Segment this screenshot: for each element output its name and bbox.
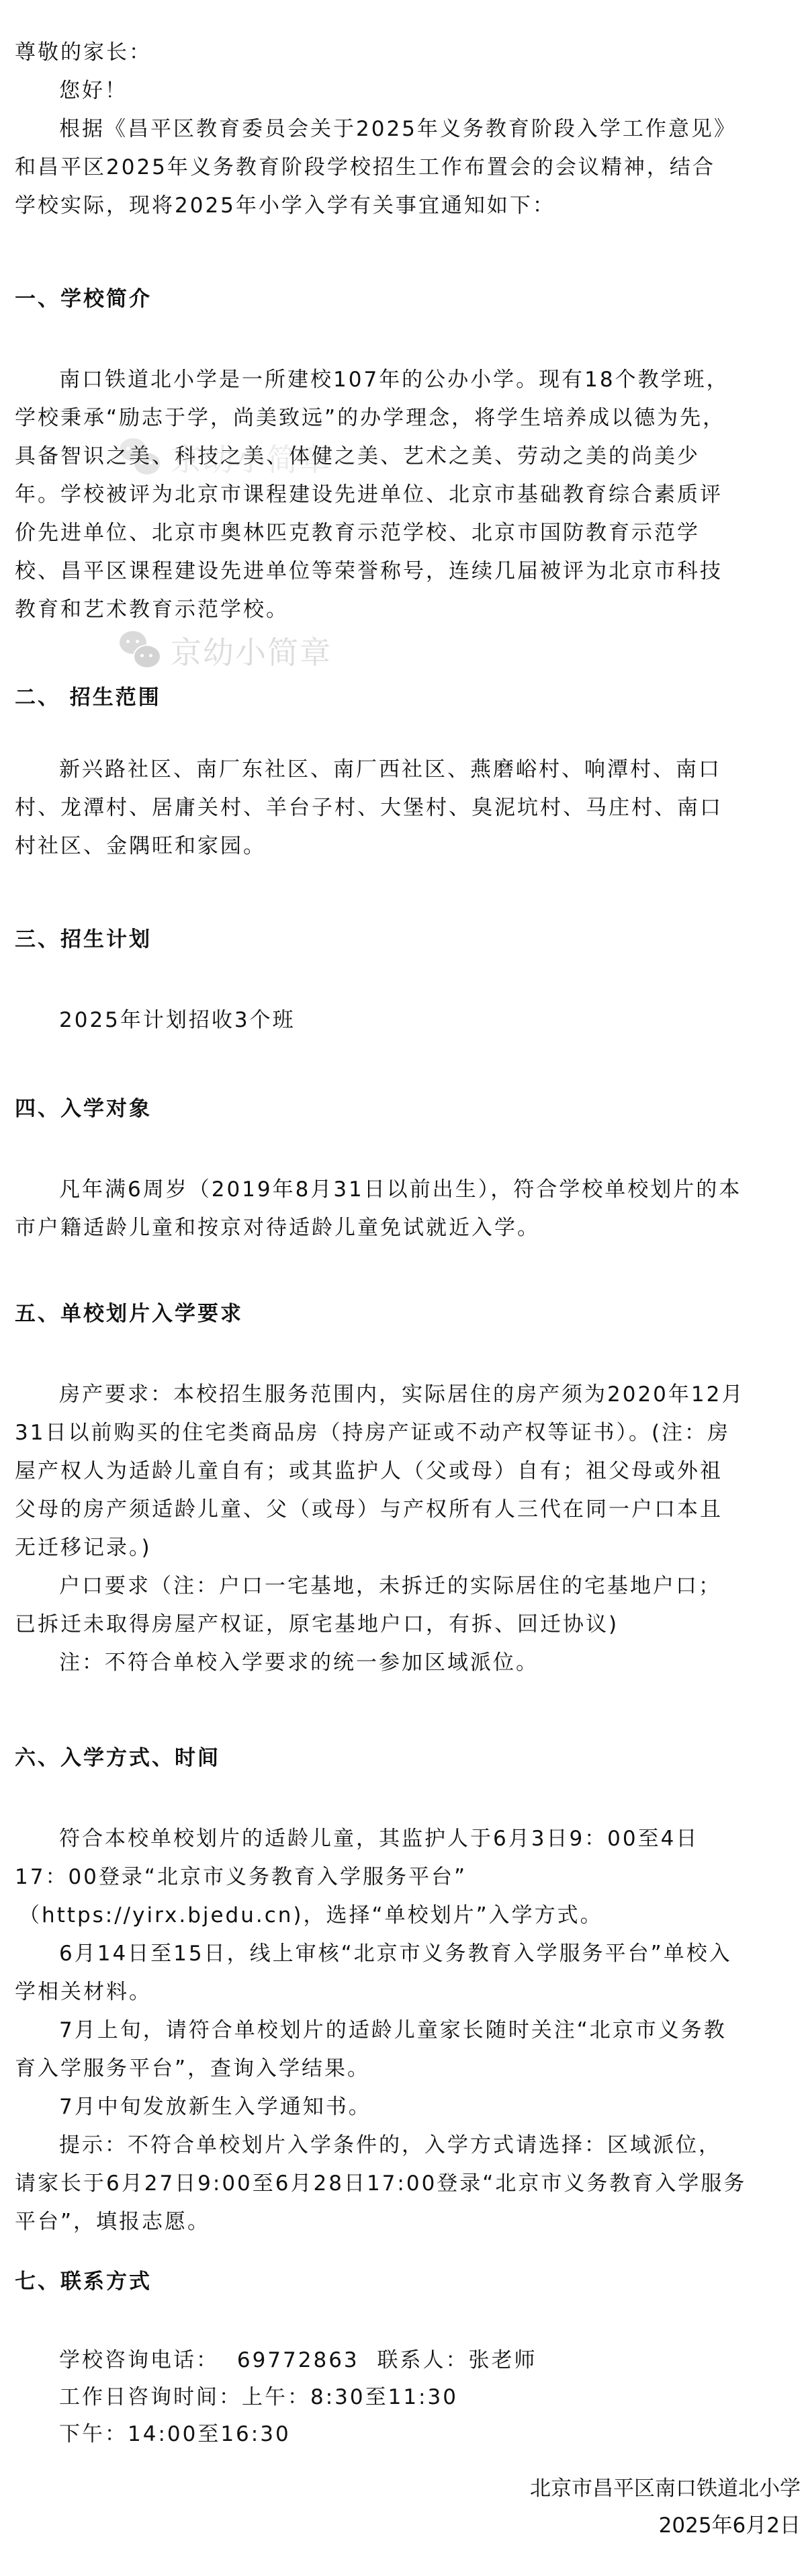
paragraph-line: 已拆迁未取得房屋产权证，原宅基地户口，有拆、回迁协议) bbox=[15, 1611, 619, 1638]
wechat-icon bbox=[120, 630, 161, 671]
paragraph-line: 无迁移记录。) bbox=[15, 1534, 152, 1561]
paragraph-line: 学校秉承“励志于学，尚美致远”的办学理念，将学生培养成以德为先， bbox=[15, 405, 725, 431]
paragraph-line: 17：00登录“北京市义务教育入学服务平台” bbox=[15, 1864, 467, 1891]
watermark: 京幼小简章 bbox=[120, 628, 332, 673]
paragraph-line-url: （https://yirx.bjedu.cn)，选择“单校划片”入学方式。 bbox=[19, 1902, 603, 1929]
section-heading-method-and-time: 六、入学方式、时间 bbox=[15, 1745, 220, 1772]
paragraph-line: 6月14日至15日，线上审核“北京市义务教育入学服务平台”单校入 bbox=[59, 1940, 732, 1967]
paragraph-line: 符合本校单校划片的适龄儿童，其监护人于6月3日9：00至4日 bbox=[59, 1825, 699, 1852]
paragraph-line: 平台”，填报志愿。 bbox=[15, 2208, 210, 2235]
paragraph-line: 户口要求（注：户口一宅基地，未拆迁的实际居住的宅基地户口； bbox=[59, 1573, 721, 1599]
greeting: 尊敬的家长： bbox=[15, 39, 152, 66]
paragraph-line: 校、昌平区课程建设先进单位等荣誉称号，连续几届被评为北京市科技 bbox=[15, 558, 723, 585]
paragraph-line: 教育和艺术教育示范学校。 bbox=[15, 596, 289, 623]
contact-hours-morning: 工作日咨询时间：上午：8:30至11:30 bbox=[59, 2384, 458, 2411]
paragraph-line: 南口铁道北小学是一所建校107年的公办小学。现有18个教学班， bbox=[59, 366, 729, 393]
section-heading-zoning-requirements: 五、单校划片入学要求 bbox=[15, 1300, 243, 1327]
paragraph-line: 31日以前购买的住宅类商品房（持房产证或不动产权等证书）。(注：房 bbox=[15, 1419, 730, 1446]
paragraph-line: 价先进单位、北京市奥林匹克教育示范学校、北京市国防教育示范学 bbox=[15, 520, 700, 546]
paragraph-line: 育入学服务平台”，查询入学结果。 bbox=[15, 2055, 370, 2082]
section-heading-school-intro: 一、学校简介 bbox=[15, 286, 152, 313]
salutation: 您好！ bbox=[59, 77, 128, 104]
intro-line: 根据《昌平区教育委员会关于2025年义务教育阶段入学工作意见》 bbox=[59, 116, 737, 142]
paragraph-line: 凡年满6周岁（2019年8月31日以前出生），符合学校单校划片的本 bbox=[59, 1176, 742, 1203]
paragraph-line: 7月中旬发放新生入学通知书。 bbox=[59, 2093, 371, 2120]
contact-hours-afternoon: 下午：14:00至16:30 bbox=[59, 2421, 291, 2448]
intro-line: 学校实际，现将2025年小学入学有关事宜通知如下： bbox=[15, 192, 555, 219]
contact-phone-line: 学校咨询电话： 69772863 联系人：张老师 bbox=[59, 2347, 537, 2374]
section-heading-enrollment-plan: 三、招生计划 bbox=[15, 926, 152, 953]
paragraph-line: 提示：不符合单校划片入学条件的，入学方式请选择：区域派位， bbox=[59, 2132, 721, 2159]
section-heading-eligibility: 四、入学对象 bbox=[15, 1095, 152, 1122]
watermark-text: 京幼小简章 bbox=[171, 628, 332, 673]
paragraph-line: 7月上旬，请符合单校划片的适龄儿童家长随时关注“北京市义务教 bbox=[59, 2017, 727, 2044]
paragraph-line: 注：不符合单校入学要求的统一参加区域派位。 bbox=[59, 1649, 539, 1676]
paragraph-line: 房产要求：本校招生服务范围内，实际居住的房产须为2020年12月 bbox=[59, 1381, 744, 1408]
paragraph-line: 2025年计划招收3个班 bbox=[59, 1007, 296, 1034]
paragraph-line: 村社区、金隅旺和家园。 bbox=[15, 833, 266, 860]
paragraph-line: 学相关材料。 bbox=[15, 1979, 152, 2005]
signature-date: 2025年6月2日 bbox=[659, 2512, 801, 2539]
section-heading-enrollment-area: 二、 招生范围 bbox=[15, 684, 161, 711]
section-heading-contact: 七、联系方式 bbox=[15, 2268, 152, 2295]
paragraph-line: 父母的房产须适龄儿童、父（或母）与产权所有人三代在同一户口本且 bbox=[15, 1496, 723, 1523]
paragraph-line: 请家长于6月27日9:00至6月28日17:00登录“北京市义务教育入学服务 bbox=[15, 2170, 746, 2197]
paragraph-line: 新兴路社区、南厂东社区、南厂西社区、燕磨峪村、响潭村、南口 bbox=[59, 756, 721, 783]
paragraph-line: 市户籍适龄儿童和按京对待适龄儿童免试就近入学。 bbox=[15, 1214, 540, 1241]
signature-school: 北京市昌平区南口铁道北小学 bbox=[530, 2475, 801, 2502]
paragraph-line: 具备智识之美、科技之美、体健之美、艺术之美、劳动之美的尚美少 bbox=[15, 443, 700, 470]
intro-line: 和昌平区2025年义务教育阶段学校招生工作布置会的会议精神，结合 bbox=[15, 154, 715, 181]
paragraph-line: 村、龙潭村、居庸关村、羊台子村、大堡村、臭泥坑村、马庄村、南口 bbox=[15, 794, 723, 821]
paragraph-line: 年。学校被评为北京市课程建设先进单位、北京市基础教育综合素质评 bbox=[15, 481, 723, 508]
paragraph-line: 屋产权人为适龄儿童自有；或其监护人（父或母）自有；祖父母或外祖 bbox=[15, 1458, 723, 1485]
